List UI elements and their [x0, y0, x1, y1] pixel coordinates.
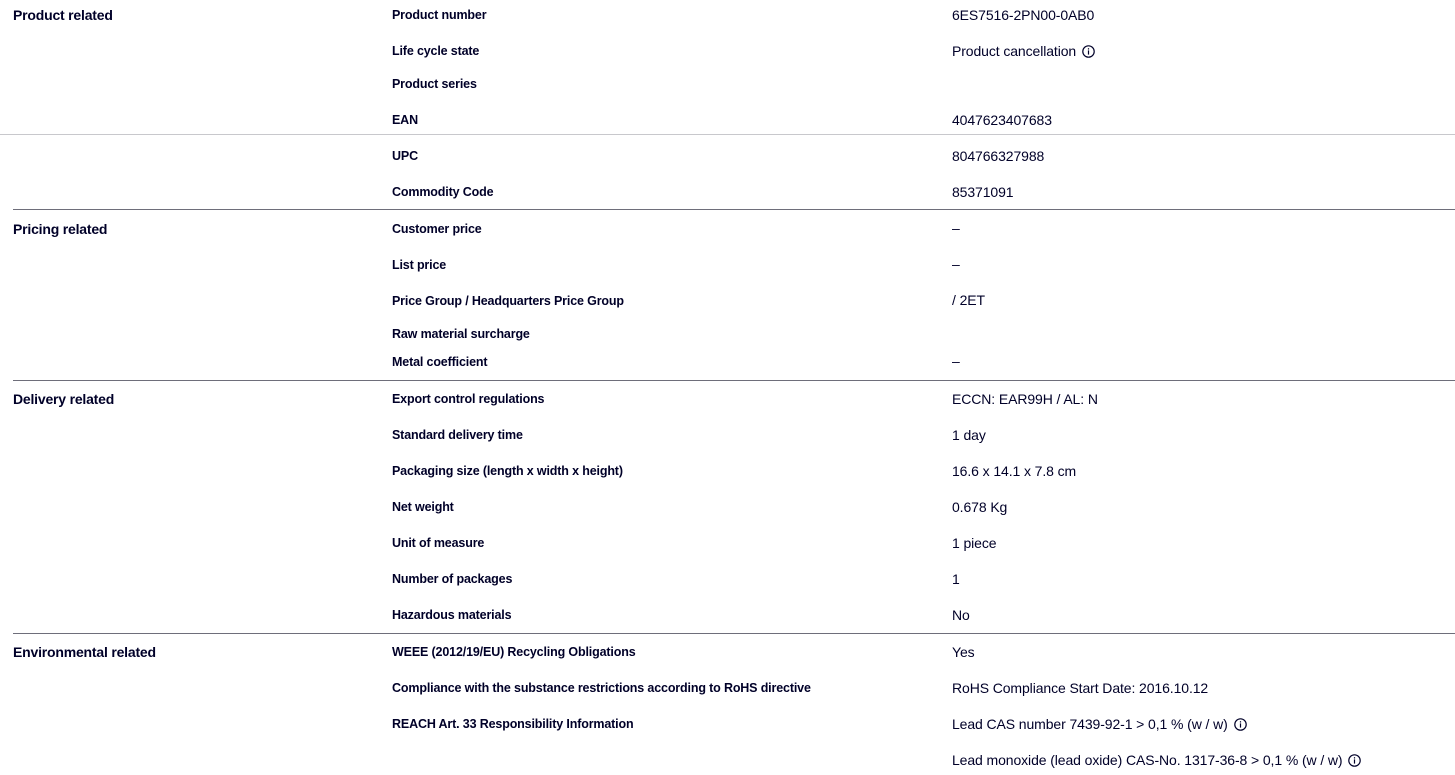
section-divider	[13, 380, 1455, 381]
row-label-upc: UPC	[392, 147, 418, 165]
value-text: 804766327988	[952, 147, 1044, 165]
row-label-product-series: Product series	[392, 75, 477, 93]
section-title: Product related	[13, 6, 113, 24]
section-title: Pricing related	[13, 220, 107, 238]
row-value-life-cycle-state: Product cancellation	[952, 42, 1095, 60]
value-text: RoHS Compliance Start Date: 2016.10.12	[952, 679, 1208, 697]
row-label-metal-coefficient: Metal coefficient	[392, 353, 487, 371]
value-text: No	[952, 606, 970, 624]
row-label-customer-price: Customer price	[392, 220, 482, 238]
row-label-unit-of-measure: Unit of measure	[392, 534, 484, 552]
row-value-list-price: –	[952, 255, 960, 273]
row-value-export-control: ECCN: EAR99H / AL: N	[952, 390, 1098, 408]
row-label-raw-material-surcharge: Raw material surcharge	[392, 325, 530, 343]
row-value-ean: 4047623407683	[952, 111, 1052, 129]
value-text: 1	[952, 570, 960, 588]
value-text: Lead CAS number 7439-92-1 > 0,1 % (w / w…	[952, 715, 1228, 733]
row-value-reach-lead-monoxide: Lead monoxide (lead oxide) CAS-No. 1317-…	[952, 751, 1361, 769]
info-icon[interactable]	[1348, 754, 1361, 767]
row-value-metal-coefficient: –	[952, 352, 960, 370]
row-label-life-cycle-state: Life cycle state	[392, 42, 479, 60]
section-divider	[13, 633, 1455, 634]
row-label-hazardous-materials: Hazardous materials	[392, 606, 511, 624]
row-label-rohs: Compliance with the substance restrictio…	[392, 679, 811, 697]
row-value-hazardous-materials: No	[952, 606, 970, 624]
row-value-unit-of-measure: 1 piece	[952, 534, 996, 552]
row-label-export-control: Export control regulations	[392, 390, 544, 408]
value-text: Yes	[952, 643, 975, 661]
row-value-product-number: 6ES7516-2PN00-0AB0	[952, 6, 1094, 24]
value-text: 85371091	[952, 183, 1014, 201]
product-details-page: Product related Product number 6ES7516-2…	[0, 0, 1455, 775]
row-label-reach: REACH Art. 33 Responsibility Information	[392, 715, 633, 733]
section-divider	[13, 209, 1455, 210]
section-title: Delivery related	[13, 390, 114, 408]
row-label-number-of-packages: Number of packages	[392, 570, 512, 588]
value-text: 1 piece	[952, 534, 996, 552]
row-value-standard-delivery-time: 1 day	[952, 426, 986, 444]
row-label-ean: EAN	[392, 111, 418, 129]
value-text: ECCN: EAR99H / AL: N	[952, 390, 1098, 408]
value-text: 0.678 Kg	[952, 498, 1007, 516]
value-text: Lead monoxide (lead oxide) CAS-No. 1317-…	[952, 751, 1342, 769]
value-text: 1 day	[952, 426, 986, 444]
row-label-list-price: List price	[392, 256, 446, 274]
row-value-number-of-packages: 1	[952, 570, 960, 588]
page-break-divider	[0, 134, 1455, 135]
info-icon[interactable]	[1234, 718, 1247, 731]
value-text: 6ES7516-2PN00-0AB0	[952, 6, 1094, 24]
value-text: 16.6 x 14.1 x 7.8 cm	[952, 462, 1076, 480]
row-value-net-weight: 0.678 Kg	[952, 498, 1007, 516]
section-title: Environmental related	[13, 643, 156, 661]
value-text: Product cancellation	[952, 42, 1076, 60]
value-text: / 2ET	[952, 291, 985, 309]
row-label-price-group: Price Group / Headquarters Price Group	[392, 292, 624, 310]
row-value-weee: Yes	[952, 643, 975, 661]
row-value-price-group: / 2ET	[952, 291, 985, 309]
row-label-packaging-size: Packaging size (length x width x height)	[392, 462, 623, 480]
row-value-customer-price: –	[952, 219, 960, 237]
value-text: 4047623407683	[952, 111, 1052, 129]
row-label-net-weight: Net weight	[392, 498, 454, 516]
row-value-packaging-size: 16.6 x 14.1 x 7.8 cm	[952, 462, 1076, 480]
row-label-standard-delivery-time: Standard delivery time	[392, 426, 523, 444]
row-value-commodity-code: 85371091	[952, 183, 1014, 201]
info-icon[interactable]	[1082, 45, 1095, 58]
row-value-reach-lead: Lead CAS number 7439-92-1 > 0,1 % (w / w…	[952, 715, 1247, 733]
row-label-commodity-code: Commodity Code	[392, 183, 493, 201]
row-value-rohs: RoHS Compliance Start Date: 2016.10.12	[952, 679, 1208, 697]
row-label-product-number: Product number	[392, 6, 486, 24]
value-text: –	[952, 219, 960, 237]
row-value-upc: 804766327988	[952, 147, 1044, 165]
value-text: –	[952, 352, 960, 370]
value-text: –	[952, 255, 960, 273]
row-label-weee: WEEE (2012/19/EU) Recycling Obligations	[392, 643, 636, 661]
